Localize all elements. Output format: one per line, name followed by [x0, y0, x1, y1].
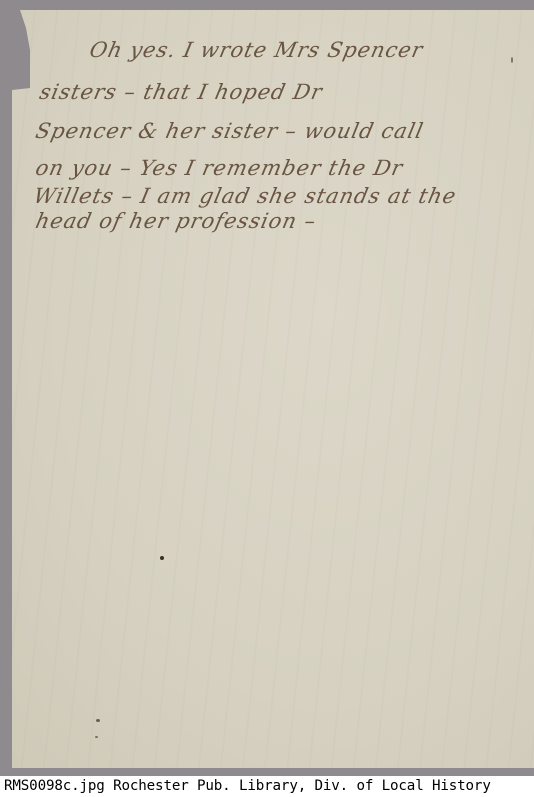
handwritten-line-2: sisters – that I hoped Dr	[37, 80, 325, 104]
ink-speck	[95, 736, 98, 738]
ink-speck	[160, 556, 164, 560]
image-caption: RMS0098c.jpg Rochester Pub. Library, Div…	[0, 776, 534, 797]
handwritten-text: Oh yes. I wrote Mrs Spencer sisters – th…	[12, 10, 534, 768]
handwritten-line-1: Oh yes. I wrote Mrs Spencer	[87, 38, 425, 62]
ink-speck	[511, 57, 513, 63]
handwritten-line-3: Spencer & her sister – would call	[33, 119, 426, 143]
ink-speck	[96, 719, 100, 722]
handwritten-line-5: Willets – I am glad she stands at the	[31, 184, 458, 208]
handwritten-line-6: head of her profession –	[33, 209, 318, 233]
handwritten-line-4: on you – Yes I remember the Dr	[33, 156, 405, 180]
letter-page: Oh yes. I wrote Mrs Spencer sisters – th…	[12, 10, 534, 768]
scan-background: Oh yes. I wrote Mrs Spencer sisters – th…	[0, 0, 534, 776]
